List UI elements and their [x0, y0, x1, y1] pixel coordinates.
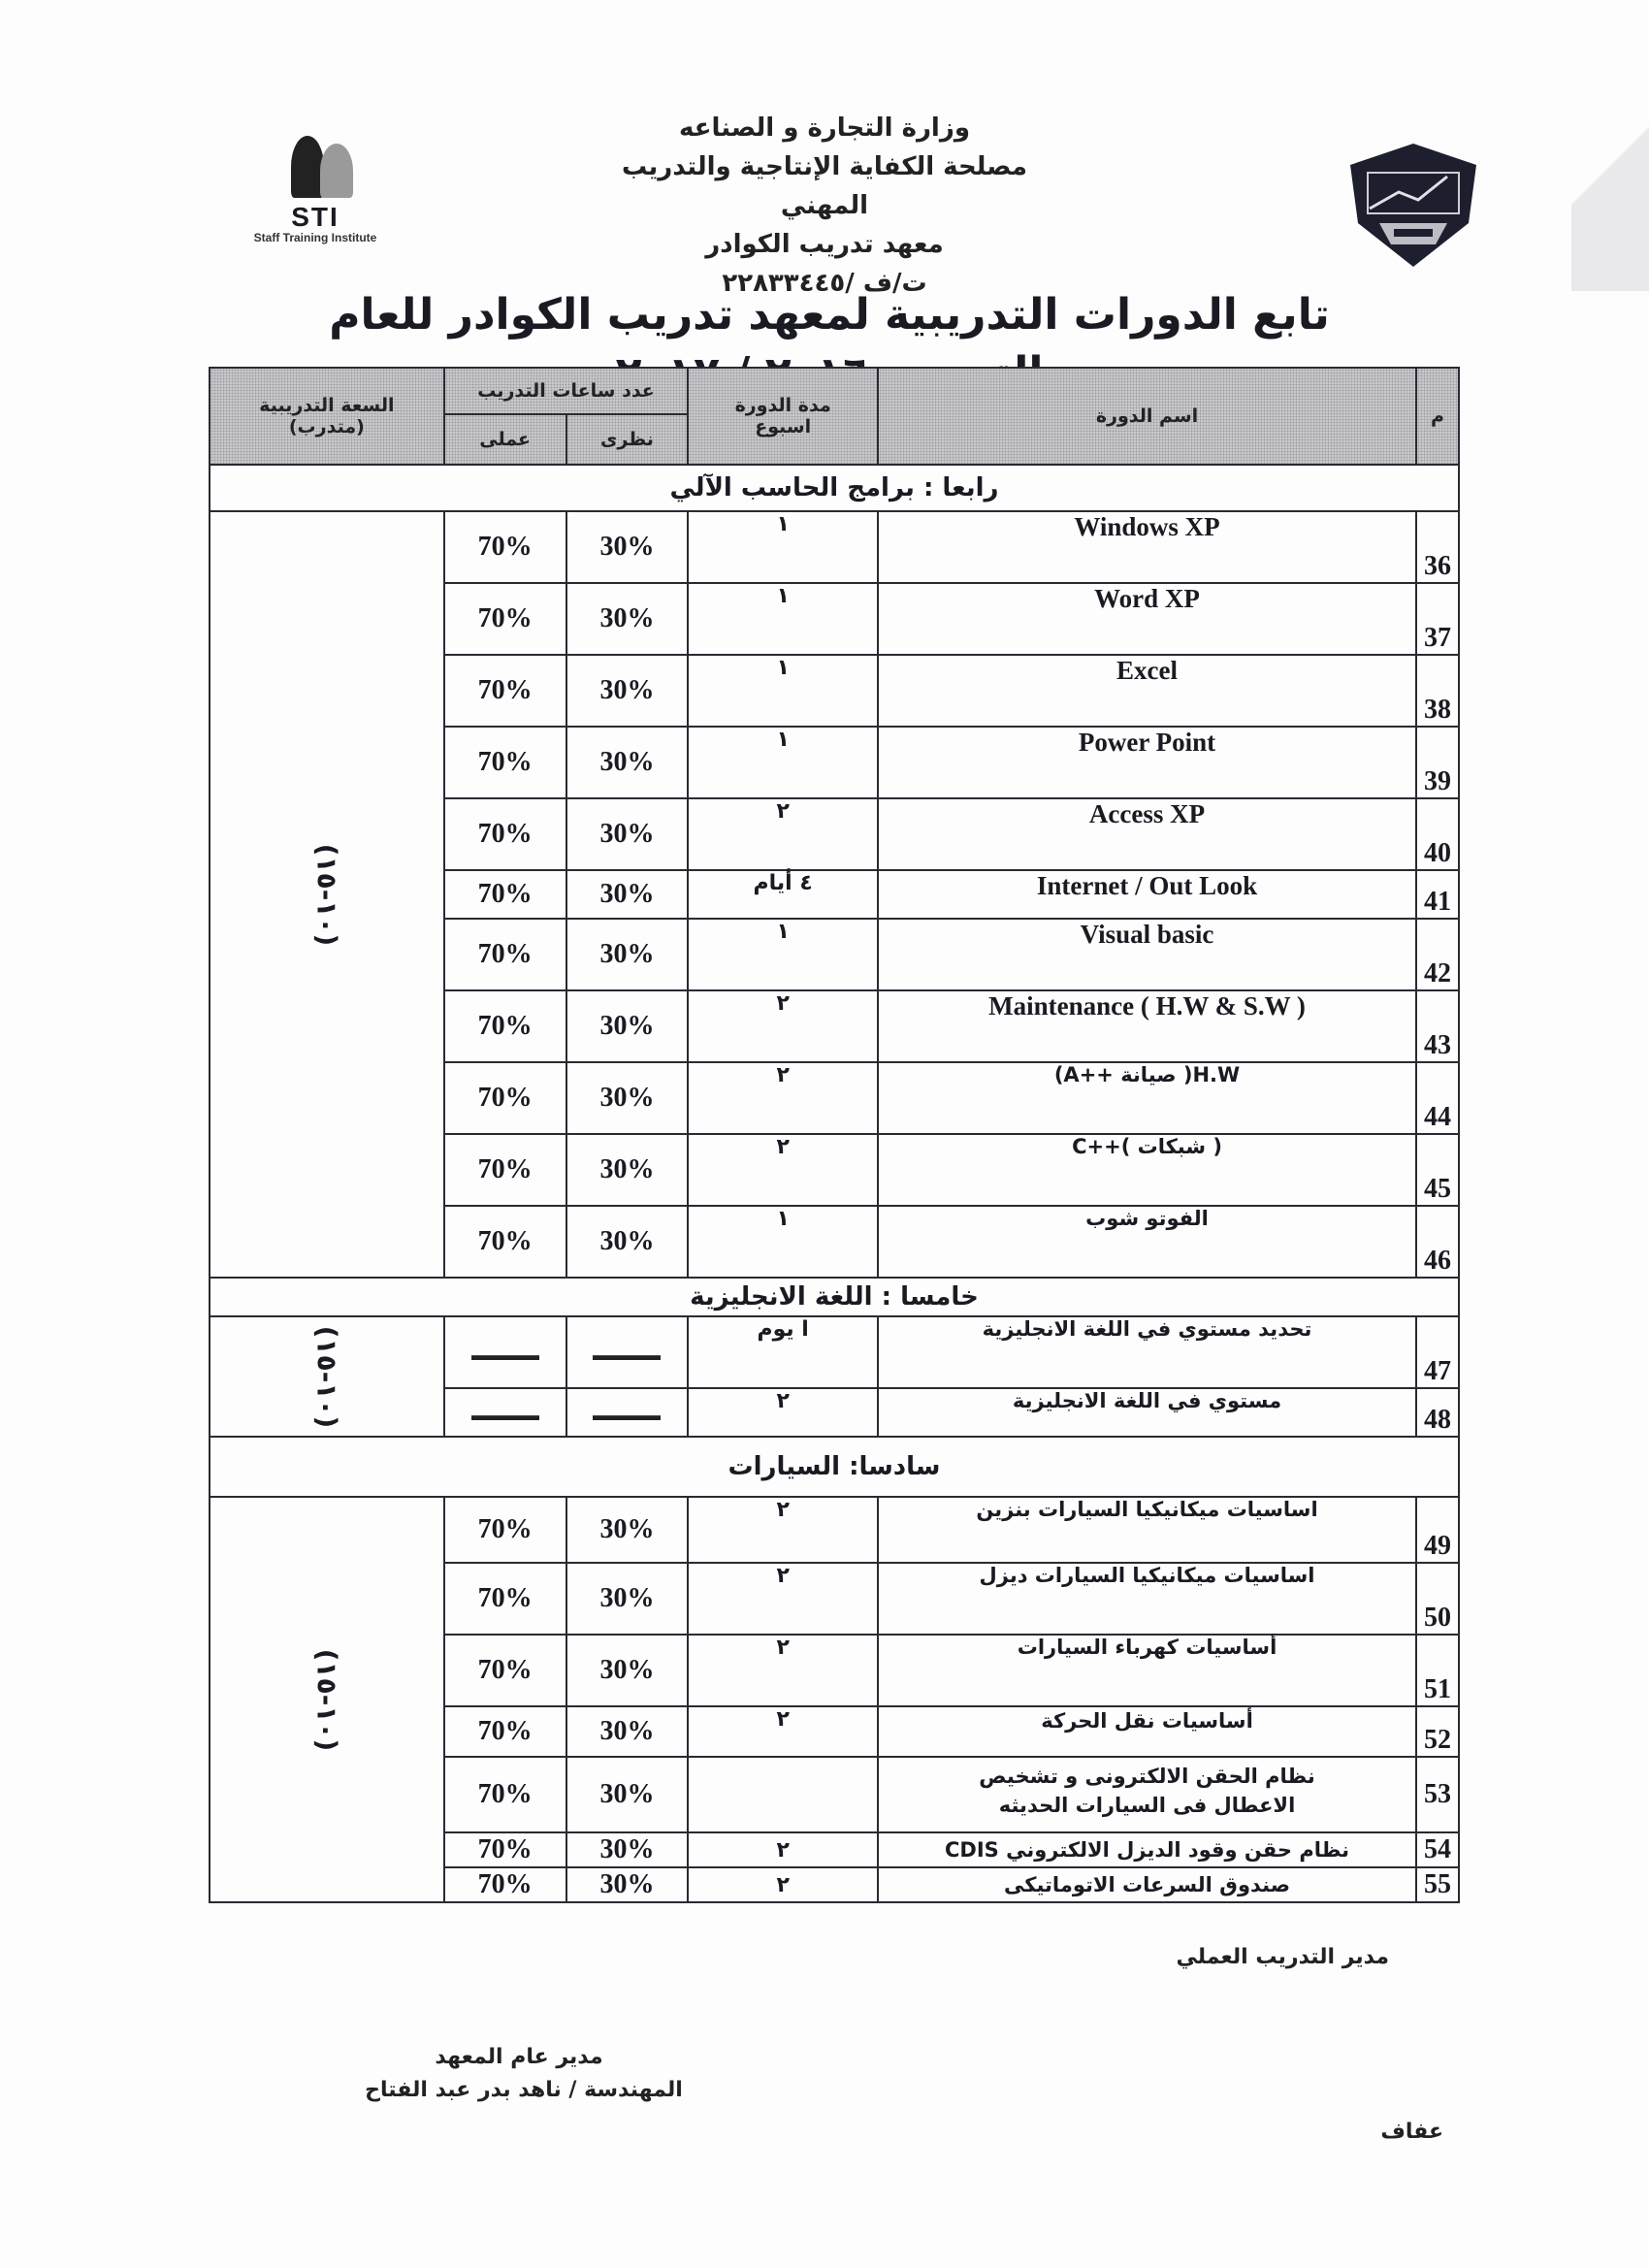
course-duration: ٢ — [688, 1635, 878, 1706]
theory-pct: 30% — [566, 1206, 689, 1278]
section-title-cars: سادسا: السيارات — [210, 1437, 1459, 1497]
course-name: اساسيات ميكانيكيا السيارات بنزين — [878, 1497, 1416, 1563]
practical-pct: 70% — [444, 1832, 566, 1867]
practical-pct: 70% — [444, 1563, 566, 1635]
row-num: 47 — [1416, 1316, 1459, 1388]
row-num: 44 — [1416, 1062, 1459, 1134]
header-capacity-line1: السعة التدريبية — [210, 395, 443, 416]
scan-edge-shadow — [1571, 0, 1649, 291]
theory-pct: 30% — [566, 870, 689, 919]
theory-pct: 30% — [566, 1134, 689, 1206]
row-num: 50 — [1416, 1563, 1459, 1635]
header-training-hours: عدد ساعات التدريب — [444, 368, 689, 414]
course-duration: ١ — [688, 727, 878, 798]
practical-pct: 70% — [444, 1706, 566, 1757]
theory-pct: 30% — [566, 1867, 689, 1902]
course-name: Windows XP — [878, 511, 1416, 583]
sti-logo-name: Staff Training Institute — [233, 231, 398, 244]
course-duration: ٢ — [688, 1706, 878, 1757]
course-name: Word XP — [878, 583, 1416, 655]
theory-pct: 30% — [566, 1563, 689, 1635]
course-duration: ٢ — [688, 1134, 878, 1206]
row-num: 48 — [1416, 1388, 1459, 1437]
course-name: ( شبكات )++C — [878, 1134, 1416, 1206]
course-duration: ١ — [688, 511, 878, 583]
course-duration: ١ — [688, 583, 878, 655]
theory-pct: 30% — [566, 1832, 689, 1867]
dash-empty — [471, 1355, 539, 1360]
practical-pct: 70% — [444, 511, 566, 583]
course-name: Visual basic — [878, 919, 1416, 990]
theory-pct — [566, 1316, 689, 1388]
theory-pct: 30% — [566, 1635, 689, 1706]
practical-pct — [444, 1388, 566, 1437]
practical-pct: 70% — [444, 990, 566, 1062]
course-name: صندوق السرعات الاتوماتيكى — [878, 1867, 1416, 1902]
theory-pct: 30% — [566, 1497, 689, 1563]
course-name: أساسيات كهرباء السيارات — [878, 1635, 1416, 1706]
practical-training-manager-signature: مدير التدريب العملي — [1176, 1945, 1389, 1969]
course-duration: ٢ — [688, 1832, 878, 1867]
row-num: 55 — [1416, 1867, 1459, 1902]
course-duration: ١ — [688, 1206, 878, 1278]
row-num: 45 — [1416, 1134, 1459, 1206]
course-name: اساسيات ميكانيكيا السيارات ديزل — [878, 1563, 1416, 1635]
practical-pct: 70% — [444, 798, 566, 870]
row-num: 46 — [1416, 1206, 1459, 1278]
header-capacity-line2: (متدرب) — [210, 416, 443, 437]
row-num: 54 — [1416, 1832, 1459, 1867]
row-num: 42 — [1416, 919, 1459, 990]
theory-pct: 30% — [566, 1706, 689, 1757]
course-duration: ٢ — [688, 1497, 878, 1563]
course-name: Excel — [878, 655, 1416, 727]
practical-pct — [444, 1316, 566, 1388]
course-duration: ٢ — [688, 1867, 878, 1902]
course-name: Power Point — [878, 727, 1416, 798]
row-num: 51 — [1416, 1635, 1459, 1706]
course-name: مستوي في اللغة الانجليزية — [878, 1388, 1416, 1437]
authority-name: مصلحة الكفاية الإنتاجية والتدريب المهني — [582, 147, 1067, 225]
theory-pct: 30% — [566, 511, 689, 583]
course-name: Access XP — [878, 798, 1416, 870]
row-num: 38 — [1416, 655, 1459, 727]
practical-pct: 70% — [444, 655, 566, 727]
sti-logo-abbr: STI — [233, 204, 398, 231]
header-course-name: اسم الدورة — [878, 368, 1416, 465]
practical-pct: 70% — [444, 1062, 566, 1134]
row-num: 41 — [1416, 870, 1459, 919]
typist-initials: عفاف — [1380, 2120, 1443, 2144]
header-duration: مدة الدورة اسبوع — [688, 368, 878, 465]
theory-pct: 30% — [566, 1757, 689, 1832]
header-theory: نظرى — [566, 414, 689, 465]
section-title-english: خامسا : اللغة الانجليزية — [210, 1278, 1459, 1316]
course-duration: ٢ — [688, 1388, 878, 1437]
course-duration — [688, 1757, 878, 1832]
institute-name: معهد تدريب الكوادر — [582, 225, 1067, 264]
section-title-computer: رابعا : برامج الحاسب الآلي — [210, 465, 1459, 511]
theory-pct: 30% — [566, 919, 689, 990]
course-name: Maintenance ( H.W & S.W ) — [878, 990, 1416, 1062]
course-name: H.W( صيانة ++A) — [878, 1062, 1416, 1134]
letterhead: وزارة التجارة و الصناعه مصلحة الكفاية ال… — [582, 109, 1067, 303]
capacity-cell: (١٠-١٥) — [210, 1316, 444, 1437]
sti-logo-figure-icon — [262, 136, 369, 204]
capacity-value: (١٠-١٥) — [310, 843, 342, 946]
general-manager-name: المهندسة / ناهد بدر عبد الفتاح — [364, 2078, 684, 2102]
capacity-value: (١٠-١٥) — [310, 1325, 342, 1428]
table-row: 36 Windows XP ١ 30% 70% (١٠-١٥) — [210, 511, 1459, 583]
general-manager-title: مدير عام المعهد — [364, 2045, 674, 2069]
row-num: 40 — [1416, 798, 1459, 870]
row-num: 53 — [1416, 1757, 1459, 1832]
course-duration: ١ — [688, 919, 878, 990]
practical-pct: 70% — [444, 1757, 566, 1832]
practical-pct: 70% — [444, 870, 566, 919]
courses-table: م اسم الدورة مدة الدورة اسبوع عدد ساعات … — [209, 367, 1460, 1903]
header-practical: عملى — [444, 414, 566, 465]
row-num: 39 — [1416, 727, 1459, 798]
row-num: 49 — [1416, 1497, 1459, 1563]
theory-pct: 30% — [566, 990, 689, 1062]
course-name: نظام الحقن الالكترونى و تشخيص الاعطال فى… — [878, 1757, 1416, 1832]
course-name: الفوتو شوب — [878, 1206, 1416, 1278]
row-num: 36 — [1416, 511, 1459, 583]
practical-pct: 70% — [444, 1206, 566, 1278]
course-duration: ا يوم — [688, 1316, 878, 1388]
header-duration-line2: اسبوع — [689, 416, 877, 437]
capacity-cell: (١٠-١٥) — [210, 1497, 444, 1902]
theory-pct: 30% — [566, 583, 689, 655]
header-duration-line1: مدة الدورة — [689, 395, 877, 416]
course-name: نظام حقن وقود الديزل الالكتروني CDIS — [878, 1832, 1416, 1867]
course-duration: ٢ — [688, 798, 878, 870]
dash-empty — [593, 1355, 661, 1360]
row-num: 43 — [1416, 990, 1459, 1062]
theory-pct: 30% — [566, 1062, 689, 1134]
course-duration: ٢ — [688, 990, 878, 1062]
dash-empty — [471, 1415, 539, 1420]
capacity-cell: (١٠-١٥) — [210, 511, 444, 1278]
course-duration: ٢ — [688, 1563, 878, 1635]
header-num: م — [1416, 368, 1459, 465]
course-name: تحديد مستوي في اللغة الانجليزية — [878, 1316, 1416, 1388]
practical-pct: 70% — [444, 727, 566, 798]
sti-logo: STI Staff Training Institute — [233, 136, 398, 244]
ministry-name: وزارة التجارة و الصناعه — [582, 109, 1067, 147]
theory-pct: 30% — [566, 798, 689, 870]
ministry-shield-emblem-icon — [1341, 136, 1486, 272]
course-name: أساسيات نقل الحركة — [878, 1706, 1416, 1757]
practical-pct: 70% — [444, 1497, 566, 1563]
dash-empty — [593, 1415, 661, 1420]
theory-pct — [566, 1388, 689, 1437]
header-capacity: السعة التدريبية (متدرب) — [210, 368, 444, 465]
table-row: 47 تحديد مستوي في اللغة الانجليزية ا يوم… — [210, 1316, 1459, 1388]
practical-pct: 70% — [444, 1134, 566, 1206]
course-duration: ٢ — [688, 1062, 878, 1134]
course-duration: ١ — [688, 655, 878, 727]
practical-pct: 70% — [444, 583, 566, 655]
practical-pct: 70% — [444, 1635, 566, 1706]
row-num: 52 — [1416, 1706, 1459, 1757]
practical-pct: 70% — [444, 1867, 566, 1902]
table-row: 49 اساسيات ميكانيكيا السيارات بنزين ٢ 30… — [210, 1497, 1459, 1563]
practical-pct: 70% — [444, 919, 566, 990]
course-duration: ٤ أيام — [688, 870, 878, 919]
row-num: 37 — [1416, 583, 1459, 655]
theory-pct: 30% — [566, 655, 689, 727]
capacity-value: (١٠-١٥) — [310, 1648, 342, 1751]
theory-pct: 30% — [566, 727, 689, 798]
course-name: Internet / Out Look — [878, 870, 1416, 919]
